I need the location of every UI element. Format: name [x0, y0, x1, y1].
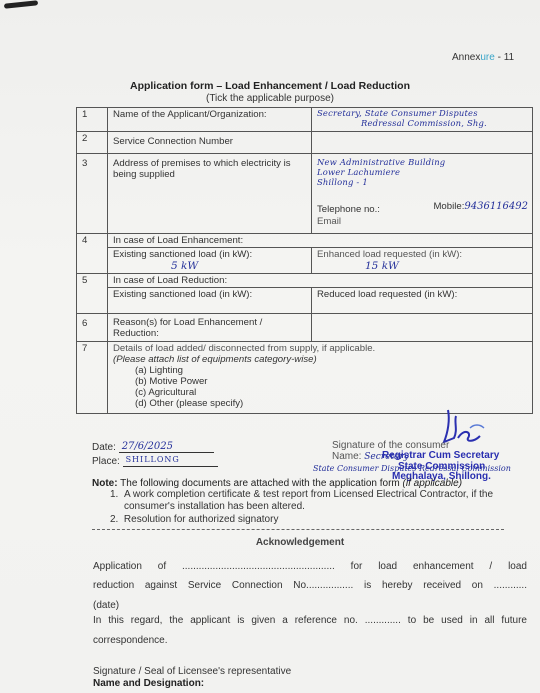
acknowledgement-title: Acknowledgement — [0, 537, 540, 548]
form-subtitle: (Tick the applicable purpose) — [0, 93, 540, 104]
red-requested-load-field[interactable]: Reduced load requested (in kW): — [312, 288, 533, 314]
load-enhancement-heading: In case of Load Enhancement: — [108, 234, 533, 248]
row-number: 4 — [77, 234, 108, 274]
table-row: 3 Address of premises to which electrici… — [77, 154, 533, 234]
table-row: 6 Reason(s) for Load Enhancement / Reduc… — [77, 314, 533, 342]
ack-line-4: In this regard, the applicant is given a… — [93, 615, 527, 626]
address-label: Address of premises to which electricity… — [108, 154, 312, 234]
document-item-2: 2. Resolution for authorized signatory — [110, 514, 278, 525]
place-value: SHILLONG — [123, 455, 218, 467]
service-connection-field[interactable] — [312, 132, 533, 154]
telephone-field[interactable]: Telephone no.: — [317, 204, 380, 215]
reason-label: Reason(s) for Load Enhancement / Reducti… — [108, 314, 312, 342]
ack-line-2: reduction against Service Connection No.… — [93, 580, 527, 591]
date-value: 27/6/2025 — [119, 441, 214, 453]
category-motive-power: (b) Motive Power — [113, 376, 527, 387]
table-row: 2 Service Connection Number — [77, 132, 533, 154]
category-lighting: (a) Lighting — [113, 365, 527, 376]
load-details-cell[interactable]: Details of load added/ disconnected from… — [108, 342, 533, 414]
row-number: 3 — [77, 154, 108, 234]
date-field[interactable]: Date: 27/6/2025 — [92, 441, 214, 453]
ack-line-5: correspondence. — [93, 635, 527, 646]
note-text: Note: The following documents are attach… — [92, 478, 462, 489]
applicant-name-label: Name of the Applicant/Organization: — [108, 108, 312, 132]
row-number: 7 — [77, 342, 108, 414]
email-field[interactable]: Email — [317, 216, 341, 227]
table-row: 5 In case of Load Reduction: — [77, 274, 533, 288]
form-title: Application form – Load Enhancement / Lo… — [0, 80, 540, 92]
licensee-signature-label: Signature / Seal of Licensee's represent… — [93, 666, 291, 677]
address-field[interactable]: New Administrative Building Lower Lachum… — [312, 154, 533, 234]
row-number: 6 — [77, 314, 108, 342]
stamp-line-1: Registrar Cum Secretary — [382, 450, 499, 461]
annexure-label: Annexure - 11 — [452, 52, 514, 63]
ack-line-1: Application of .........................… — [93, 561, 527, 572]
table-row: 4 In case of Load Enhancement: — [77, 234, 533, 248]
table-row: Existing sanctioned load (in kW): 5 kW E… — [77, 248, 533, 274]
row-number: 5 — [77, 274, 108, 314]
table-row: 7 Details of load added/ disconnected fr… — [77, 342, 533, 414]
table-row: Existing sanctioned load (in kW): Reduce… — [77, 288, 533, 314]
enh-existing-load-field[interactable]: Existing sanctioned load (in kW): 5 kW — [108, 248, 312, 274]
enh-requested-load-field[interactable]: Enhanced load requested (in kW): 15 kW — [312, 248, 533, 274]
application-table: 1 Name of the Applicant/Organization: Se… — [76, 107, 533, 414]
category-agricultural: (c) Agricultural — [113, 387, 527, 398]
load-reduction-heading: In case of Load Reduction: — [108, 274, 533, 288]
table-row: 1 Name of the Applicant/Organization: Se… — [77, 108, 533, 132]
row-number: 1 — [77, 108, 108, 132]
row-number: 2 — [77, 132, 108, 154]
service-connection-label: Service Connection Number — [108, 132, 312, 154]
mobile-field[interactable]: Mobile:9436116492 — [433, 201, 528, 212]
name-designation-label: Name and Designation: — [93, 678, 204, 689]
document-item-1: 1. A work completion certificate & test … — [110, 489, 530, 513]
place-field[interactable]: Place: SHILLONG — [92, 455, 218, 467]
ack-line-3: (date) — [93, 600, 527, 611]
separator-dashed — [92, 529, 504, 530]
applicant-name-field[interactable]: Secretary, State Consumer Disputes Redre… — [312, 108, 533, 132]
red-existing-load-field[interactable]: Existing sanctioned load (in kW): — [108, 288, 312, 314]
reason-field[interactable] — [312, 314, 533, 342]
